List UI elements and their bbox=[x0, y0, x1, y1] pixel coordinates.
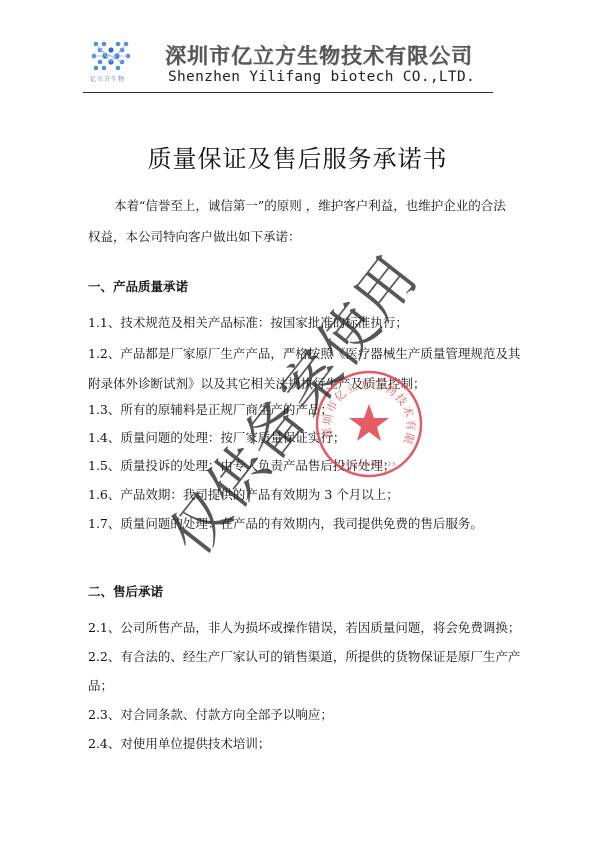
logo-caption: 亿立方生物 bbox=[90, 74, 125, 83]
header-divider bbox=[83, 92, 493, 93]
list-item: 2.3、对合同条款、付款方向全部予以响应； bbox=[88, 705, 333, 723]
company-seal-stamp: 深圳市亿立方生物技术有限公司 4403030002123 bbox=[313, 368, 425, 480]
list-item: 1.4、质量问题的处理：按厂家质量保证实行； bbox=[88, 428, 345, 446]
list-item: 1.1、技术规范及相关产品标准：按国家批准的标准执行； bbox=[88, 313, 408, 331]
section-heading-after-sales: 二、售后承诺 bbox=[88, 582, 163, 600]
list-item: 2.4、对使用单位提供技术培训； bbox=[88, 734, 270, 752]
stamp-text: 深圳市亿立方生物技术有限公司 bbox=[313, 368, 417, 447]
list-item-continuation: 品； bbox=[88, 676, 113, 694]
list-item: 1.6、产品效期：我司提供的产品有效期为 3 个月以上； bbox=[88, 485, 399, 503]
document-title: 质量保证及售后服务承诺书 bbox=[0, 139, 595, 174]
section-heading-quality: 一、产品质量承诺 bbox=[88, 277, 188, 295]
company-name-en: Shenzhen Yilifang biotech CO.,LTD. bbox=[168, 69, 475, 85]
document-page: 亿立方生物 深圳市亿立方生物技术有限公司 Shenzhen Yilifang b… bbox=[0, 0, 595, 842]
list-item: 1.7、质量问题的处理：在产品的有效期内，我司提供免费的售后服务。 bbox=[88, 514, 483, 532]
star-icon bbox=[349, 404, 389, 441]
company-name-cn: 深圳市亿立方生物技术有限公司 bbox=[165, 40, 473, 70]
list-item: 2.1、公司所售产品，非人为损坏或操作错误，若因质量问题，将会免费调换； bbox=[88, 618, 520, 636]
list-item: 1.3、所有的原辅料是正规厂商生产的产品； bbox=[88, 400, 333, 418]
svg-text:深圳市亿立方生物技术有限公司: 深圳市亿立方生物技术有限公司 bbox=[313, 368, 417, 447]
intro-line-1: 本着“信誉至上，诚信第一”的原则 ，维护客户利益，也维护企业的合法 bbox=[114, 199, 534, 213]
list-item: 2.2、有合法的、经生产厂家认可的销售渠道，所提供的货物保证是原厂生产产 bbox=[88, 647, 520, 665]
svg-text:4403030002123: 4403030002123 bbox=[342, 462, 396, 468]
intro-line-2: 权益，本公司特向客户做出如下承诺： bbox=[88, 230, 508, 244]
list-item: 1.2、产品都是厂家原厂生产产品，严格按照《医疗器械生产质量管理规范及其 bbox=[88, 344, 520, 362]
